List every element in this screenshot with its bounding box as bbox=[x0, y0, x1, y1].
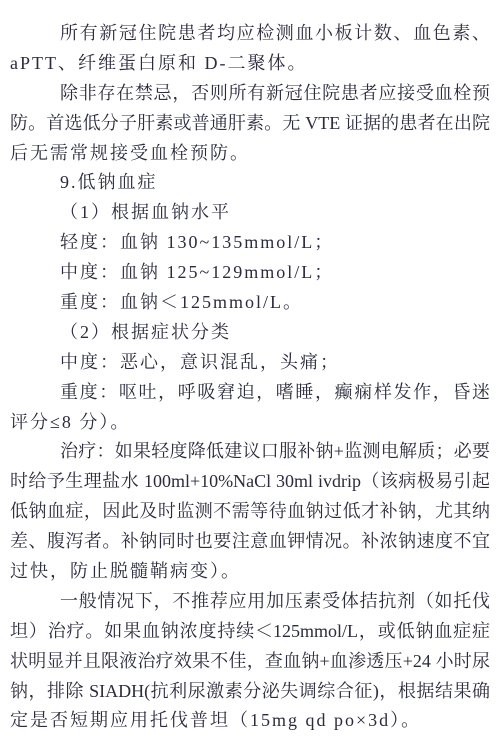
text-line: 除非存在禁忌，否则所有新冠住院患者应接受血栓预 bbox=[10, 79, 490, 109]
paragraph-treatment: 治疗：如果轻度降低建议口服补钠+监测电解质；必要 时给予生理盐水 100ml+1… bbox=[10, 437, 490, 586]
section-heading: 9.低钠血症 bbox=[10, 168, 490, 198]
paragraph-coagulation-tests: 所有新冠住院患者均应检测血小板计数、血色素、PT、 aPTT、纤维蛋白原和 D-… bbox=[10, 19, 490, 79]
text-line: 中度：血钠 125~129mmol/L； bbox=[10, 258, 490, 288]
text-line: 治疗：如果轻度降低建议口服补钠+监测电解质；必要 bbox=[10, 437, 490, 467]
text-line: 后无需常规接受血栓预防。 bbox=[10, 139, 490, 169]
text-line: 差、腹泻者。补钠同时也要注意血钾情况。补浓钠速度不宜 bbox=[10, 527, 490, 557]
item-moderate-sodium: 中度：血钠 125~129mmol/L； bbox=[10, 258, 490, 288]
item-severe-symptoms: 重度：呕吐，呼吸窘迫，嗜睡，癫痫样发作，昏迷（Glasgow 评分≤8 分）。 bbox=[10, 378, 490, 438]
text-line: 重度：血钠＜125mmol/L。 bbox=[10, 288, 490, 318]
text-line: 时给予生理盐水 100ml+10%NaCl 30ml ivdrip（该病极易引起 bbox=[10, 467, 490, 497]
subsection-heading: （1）根据血钠水平 bbox=[10, 198, 490, 228]
subsection-heading: （2）根据症状分类 bbox=[10, 318, 490, 348]
text-line: 防。首选低分子肝素或普通肝素。无 VTE 证据的患者在出院 bbox=[10, 109, 490, 139]
paragraph-tolvaptan: 一般情况下，不推荐应用加压素受体拮抗剂（如托伐普 坦）治疗。如果血钠浓度持续＜1… bbox=[10, 587, 490, 736]
text-line: 重度：呕吐，呼吸窘迫，嗜睡，癫痫样发作，昏迷（Glasgow bbox=[10, 378, 490, 408]
section-9-hyponatremia: 9.低钠血症 bbox=[10, 168, 490, 198]
item-severe-sodium: 重度：血钠＜125mmol/L。 bbox=[10, 288, 490, 318]
text-line: 中度：恶心，意识混乱，头痛； bbox=[10, 348, 490, 378]
text-line: 低钠血症，因此及时监测不需等待血钠过低才补钠，尤其纳 bbox=[10, 497, 490, 527]
item-mild-sodium: 轻度：血钠 130~135mmol/L； bbox=[10, 228, 490, 258]
text-line: 定是否短期应用托伐普坦（15mg qd po×3d）。 bbox=[10, 706, 490, 736]
text-line: 轻度：血钠 130~135mmol/L； bbox=[10, 228, 490, 258]
document-page: 所有新冠住院患者均应检测血小板计数、血色素、PT、 aPTT、纤维蛋白原和 D-… bbox=[0, 0, 500, 750]
text-line: 一般情况下，不推荐应用加压素受体拮抗剂（如托伐普 bbox=[10, 587, 490, 617]
subsection-2-by-symptoms: （2）根据症状分类 bbox=[10, 318, 490, 348]
subsection-1-by-sodium-level: （1）根据血钠水平 bbox=[10, 198, 490, 228]
text-line: 坦）治疗。如果血钠浓度持续＜125mmol/L，或低钠血症症 bbox=[10, 617, 490, 647]
text-line: aPTT、纤维蛋白原和 D-二聚体。 bbox=[10, 49, 490, 79]
text-line: 评分≤8 分）。 bbox=[10, 408, 490, 438]
text-line: 过快，防止脱髓鞘病变）。 bbox=[10, 557, 490, 587]
paragraph-thrombosis-prophylaxis: 除非存在禁忌，否则所有新冠住院患者应接受血栓预 防。首选低分子肝素或普通肝素。无… bbox=[10, 79, 490, 169]
text-line: 所有新冠住院患者均应检测血小板计数、血色素、PT、 bbox=[10, 19, 490, 49]
item-moderate-symptoms: 中度：恶心，意识混乱，头痛； bbox=[10, 348, 490, 378]
text-line: 钠，排除 SIADH(抗利尿激素分泌失调综合征)，根据结果确 bbox=[10, 677, 490, 707]
text-line: 状明显并且限液治疗效果不佳，查血钠+血渗透压+24 小时尿 bbox=[10, 647, 490, 677]
